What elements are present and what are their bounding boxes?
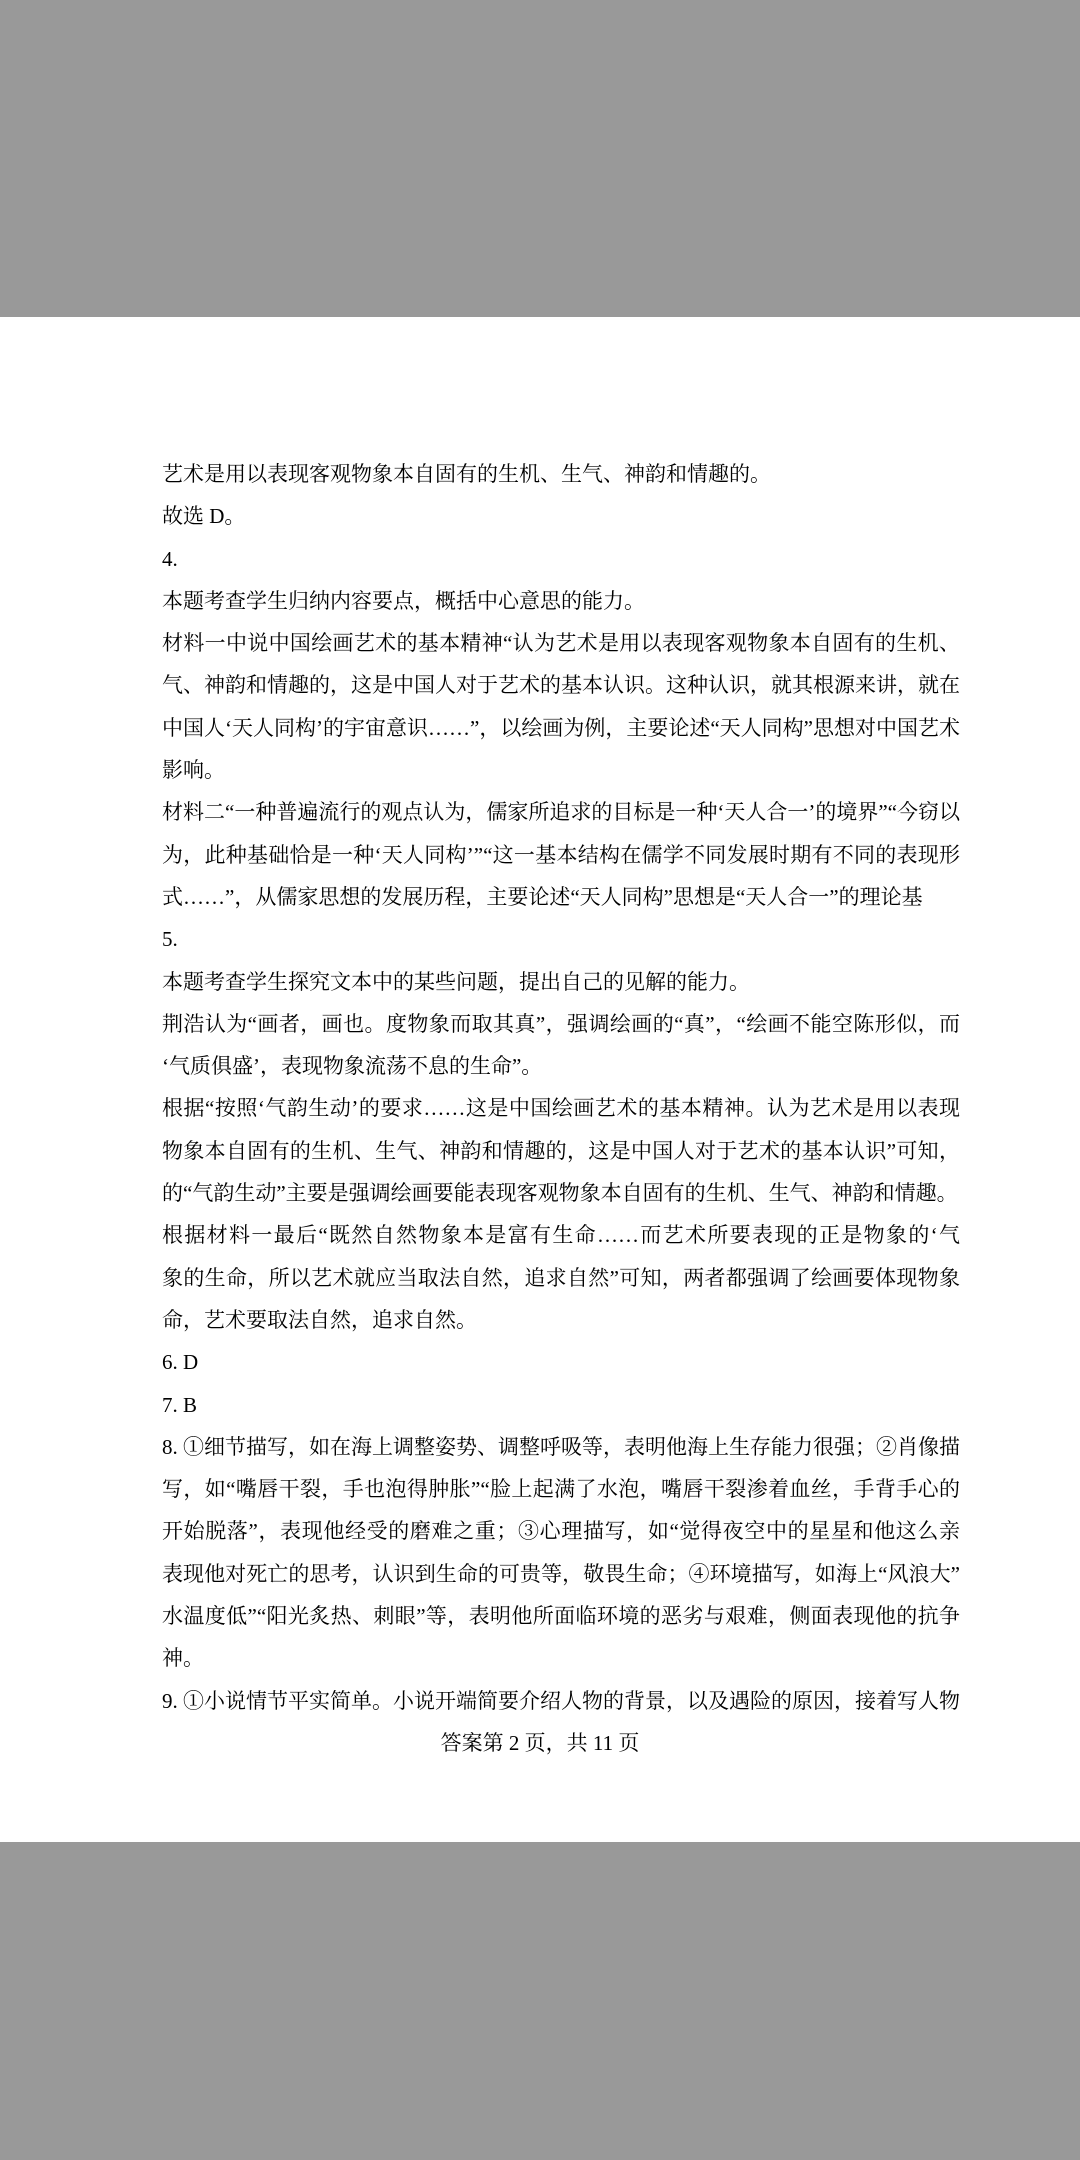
viewer-background: { "viewer": { "background_color": "#9999… bbox=[0, 0, 1080, 2160]
document-page: 艺术是用以表现客观物象本自固有的生机、生气、神韵和情趣的。故选 D。4.本题考查… bbox=[0, 317, 1080, 1842]
text-line: 本题考查学生归纳内容要点，概括中心意思的能力。 bbox=[162, 580, 960, 622]
text-line: 的“气韵生动”主要是强调绘画要能表现客观物象本自固有的生机、生气、神韵和情趣。 bbox=[162, 1172, 960, 1214]
text-line: 材料二“一种普遍流行的观点认为，儒家所追求的目标是一种‘天人合一’的境界”“今窃… bbox=[162, 791, 960, 833]
text-line: 命，艺术要取法自然，追求自然。 bbox=[162, 1299, 960, 1341]
text-line: 4. bbox=[162, 538, 960, 580]
text-line: 水温度低”“阳光炙热、刺眼”等，表明他所面临环境的恶劣与艰难，侧面表现他的抗争精 bbox=[162, 1595, 960, 1637]
text-line: 式……”，从儒家思想的发展历程，主要论述“天人同构”思想是“天人合一”的理论基础… bbox=[162, 876, 960, 918]
text-line: 象的生命，所以艺术就应当取法自然，追求自然”可知，两者都强调了绘画要体现物象的生 bbox=[162, 1257, 960, 1299]
text-line: 7. B bbox=[162, 1384, 960, 1426]
text-line: 根据材料一最后“既然自然物象本是富有生命……而艺术所要表现的正是物象的‘气韵’，… bbox=[162, 1214, 960, 1256]
text-line: 为，此种基础恰是一种‘天人同构’”“这一基本结构在儒学不同发展时期有不同的表现形 bbox=[162, 834, 960, 876]
text-line: 中国人‘天人同构’的宇宙意识……”，以绘画为例，主要论述“天人同构”思想对中国艺… bbox=[162, 707, 960, 749]
text-line: 艺术是用以表现客观物象本自固有的生机、生气、神韵和情趣的。 bbox=[162, 453, 960, 495]
text-line: 材料一中说中国绘画艺术的基本精神“认为艺术是用以表现客观物象本自固有的生机、生 bbox=[162, 622, 960, 664]
text-line: 影响。 bbox=[162, 749, 960, 791]
text-line: 5. bbox=[162, 918, 960, 960]
text-line: 气、神韵和情趣的，这是中国人对于艺术的基本认识。这种认识，就其根源来讲，就在于 bbox=[162, 664, 960, 706]
text-line: 8. ①细节描写，如在海上调整姿势、调整呼吸等，表明他海上生存能力很强；②肖像描 bbox=[162, 1426, 960, 1468]
text-line: 9. ①小说情节平实简单。小说开端简要介绍人物的背景，以及遇险的原因，接着写人物… bbox=[162, 1680, 960, 1722]
text-line: 根据“按照‘气韵生动’的要求……这是中国绘画艺术的基本精神。认为艺术是用以表现客… bbox=[162, 1087, 960, 1129]
document-text-block: 艺术是用以表现客观物象本自固有的生机、生气、神韵和情趣的。故选 D。4.本题考查… bbox=[162, 453, 960, 1722]
page-footer: 答案第 2 页，共 11 页 bbox=[0, 1722, 1080, 1764]
text-line: 表现他对死亡的思考，认识到生命的可贵等，敬畏生命；④环境描写，如海上“风浪大”“… bbox=[162, 1553, 960, 1595]
text-line: 物象本自固有的生机、生气、神韵和情趣的，这是中国人对于艺术的基本认识”可知，谢赫 bbox=[162, 1130, 960, 1172]
text-line: 故选 D。 bbox=[162, 495, 960, 537]
text-line: 开始脱落”，表现他经受的磨难之重；③心理描写，如“觉得夜空中的星星和他这么亲近”… bbox=[162, 1510, 960, 1552]
text-line: 6. D bbox=[162, 1341, 960, 1383]
text-line: 神。 bbox=[162, 1637, 960, 1679]
text-line: 荆浩认为“画者，画也。度物象而取其真”，强调绘画的“真”，“绘画不能空陈形似，而… bbox=[162, 1003, 960, 1045]
text-line: 本题考查学生探究文本中的某些问题，提出自己的见解的能力。 bbox=[162, 961, 960, 1003]
text-line: 写，如“嘴唇干裂，手也泡得肿胀”“脸上起满了水泡，嘴唇干裂渗着血丝，手背手心的皮… bbox=[162, 1468, 960, 1510]
text-line: ‘气质俱盛’，表现物象流荡不息的生命”。 bbox=[162, 1045, 960, 1087]
